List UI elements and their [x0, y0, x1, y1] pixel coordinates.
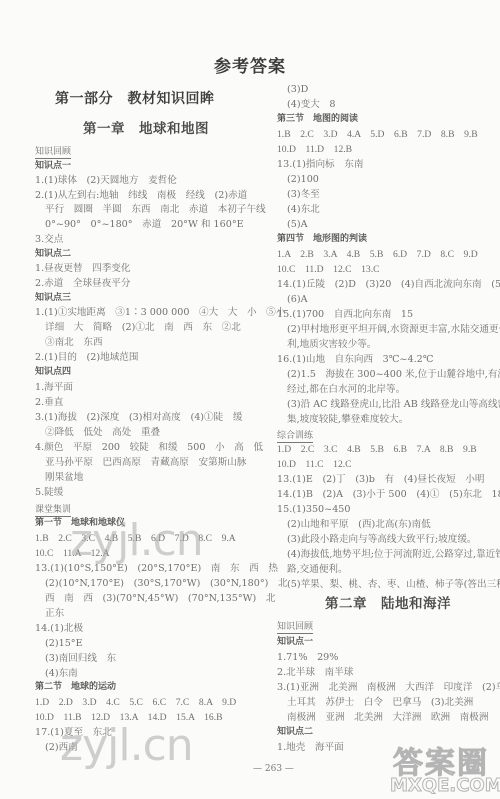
answer-line: 13.(1)E (2)丁 (3)b 有 (4)昼长夜短 小明 — [277, 473, 484, 486]
answer-line: 3.交点 — [35, 233, 63, 246]
answer-line: 刚果盆地 — [35, 471, 83, 484]
chapter-title: 第一章 地球和地图 — [83, 117, 209, 137]
answer-line: 10.D 11.B 12.D 13.A 14.D 15.A 16.B — [35, 711, 223, 724]
answer-line: (4)海拔低,地势平坦;位于河流附近,公路穿过,靠近铁 — [277, 548, 500, 561]
answer-line: 西 南 西 (3)(70°N,45°W) (70°N,135°W) 北 — [35, 592, 275, 605]
answer-line: 10.C 11.D 12.C 13.C — [277, 263, 380, 276]
answer-line: (2)甲村地形更平坦开阔,水资源更丰富,水陆交通更便 — [277, 323, 500, 336]
answer-line: 正东 — [35, 607, 64, 620]
answer-line: 亚马孙平原 巴西高原 青藏高原 安第斯山脉 — [35, 456, 246, 469]
answer-line: 17.(1)夏至 东北 — [35, 726, 112, 739]
answer-line: 14.(1)B (2)A (3)小于 500 (4)① (5)东北 18.8 — [277, 488, 500, 501]
answer-line: 1.B 2.C 3.C 4.B 5.B 6.D 7.D 8.C 9.A — [35, 532, 236, 545]
answer-line: 3.(1)亚洲 北美洲 南极洲 大西洋 印度洋 (2)乌拉尔 — [277, 681, 500, 694]
answer-line: (2)100 — [277, 173, 319, 186]
answer-line: 0°~90° 0°~180° 赤道 20°W 和 160°E — [35, 218, 244, 231]
answer-line: 南极洲 亚洲 北美洲 大洋洲 欧洲 南极洲 — [277, 711, 488, 724]
answer-line: 1.地壳 海平面 — [277, 741, 344, 754]
answer-line: (3)D — [277, 83, 308, 96]
answer-line: (2)(10°N,170°E) (30°S,170°W) (30°N,180°)… — [35, 577, 288, 590]
answer-line: (2)西南 — [35, 741, 78, 754]
subsection-heading: 知识点一 — [35, 160, 71, 173]
answer-line: 10.D 11.C 12.C — [277, 458, 352, 471]
answer-line: ③南北 东西 — [35, 336, 103, 349]
answer-line: 1.(1)球体 (2)天圆地方 麦哲伦 — [35, 174, 177, 187]
answer-line: (5)A — [277, 218, 308, 231]
answer-line: 14.(1)北极 — [35, 622, 83, 635]
training-label: 综合训练 — [277, 428, 313, 443]
answer-line: (3)此段小路走向与等高线大致平行;坡度缓。 — [277, 533, 477, 546]
review-label: 知识回顾 — [35, 144, 71, 159]
answer-line: 1.A 2.B 3.A 4.B 5.B 6.D 7.D 8.C 9.D — [277, 248, 478, 261]
answer-line: (3)南回归线 东 — [35, 652, 116, 665]
answer-line: 13.(1)(10°S,150°E) (20°S,170°E) 南 东 西 热 — [35, 562, 278, 575]
section-title: 第二节 地球的运动 — [35, 681, 116, 694]
answer-line: 路,交通便利。 — [277, 563, 348, 576]
answer-line: 1.昼夜更替 四季变化 — [35, 262, 131, 275]
answer-line: 1.D 2.C 3.C 4.B 5.B 6.B 7.A 8.B 9.B — [277, 443, 477, 456]
answer-line: (2)15°E — [35, 637, 83, 650]
answer-line: 1.海平面 — [35, 381, 73, 394]
subsection-heading: 知识点二 — [35, 248, 71, 261]
subsection-heading: 知识点三 — [35, 292, 71, 305]
practice-label: 课堂集训 — [35, 502, 71, 517]
subsection-heading: 第三节 地图的阅读 — [277, 113, 358, 126]
answer-line: 10.C 11.A 12.A — [35, 547, 110, 560]
answer-line: 利,地质灾害较少等。 — [277, 338, 376, 351]
answer-line: 1.(1)①实地距离 ③1∶3 000 000 ④大 大 小 ⑤小 — [35, 306, 285, 319]
subsection-heading: 知识点四 — [35, 366, 71, 379]
answer-line: 3.(1)海拔 (2)深度 (3)相对高度 (4)①陡 缓 — [35, 411, 242, 424]
watermark-logo-text: MXQE.COM — [390, 775, 500, 796]
page-number: — 263 — — [253, 764, 294, 774]
answer-line: 1.71% 29% — [277, 651, 338, 664]
answer-line: 15.(1)700 自西北向东南 15 — [277, 308, 413, 321]
subsection-heading: 知识点一 — [277, 636, 313, 649]
answer-line: 2.(1)从左到右:地轴 纬线 南极 经线 (2)赤道 — [35, 189, 247, 202]
part-title: 第一部分 教材知识回眸 — [55, 88, 215, 108]
answer-line: (4)东北 — [277, 203, 320, 216]
answer-line: 经过,都在白水河的北岸等。 — [277, 383, 405, 396]
answer-line: 1.D 2.D 3.D 4.C 5.C 6.C 7.C 8.A 9.D — [35, 696, 236, 709]
answer-line: (2)1.5 海拔在 300~400 米,位于山麓谷地中,有河流 — [277, 368, 500, 381]
answer-line: 2.赤道 全球昼夜平分 — [35, 277, 131, 290]
answer-line: 土耳其 苏伊士 白令 巴拿马 (3)北美洲 — [277, 696, 473, 709]
watermark-logo: 答案圈 — [393, 738, 489, 782]
answer-line: (6)A — [277, 293, 308, 306]
answer-line: 2.垂直 — [35, 396, 63, 409]
answer-key-page: 参考答案 第一部分 教材知识回眸 第一章 地球和地图 知识回顾 知识点一1.(1… — [0, 0, 500, 799]
answer-line: 13.(1)指向标 东南 — [277, 158, 363, 171]
section-title: 第一节 地球和地球仪 — [35, 517, 125, 530]
answer-line: 10.D 11.D 12.B — [277, 143, 352, 156]
answer-line: (2)山地和平原 (西)北高(东)南低 — [277, 518, 431, 531]
answer-line: 16.(1)山地 自东向西 3℃~4.2℃ — [277, 353, 433, 366]
answer-line: (4)变大 8 — [277, 98, 335, 111]
answer-line: 1.B 2.C 3.D 4.A 5.D 6.B 7.D 8.B 9.B — [277, 128, 478, 141]
answer-line: 5.陡缓 — [35, 486, 63, 499]
answer-line: (4)东南 — [35, 667, 78, 680]
answer-line: (3)冬至 — [277, 188, 320, 201]
subsection-heading: 知识点二 — [277, 726, 313, 739]
chapter-title: 第二章 陆地和海洋 — [325, 592, 451, 612]
answer-line: 2.北半球 南半球 — [277, 666, 353, 679]
answer-line: 详细 大 简略 (2)①北 南 西 东 ②北 — [35, 321, 241, 334]
answer-line: 2.(1)目的 (2)地域范围 — [35, 351, 139, 364]
page-title: 参考答案 — [0, 52, 500, 77]
answer-line: ②降低 低处 高处 重叠 — [35, 426, 160, 439]
answer-line: 15.(1)350~450 — [277, 503, 351, 516]
subsection-heading: 第四节 地形图的判读 — [277, 233, 367, 246]
review-label: 知识回顾 — [277, 619, 313, 634]
answer-line: (5)苹果、梨、桃、杏、枣、山楂、柿子等(答出三种即可) — [277, 578, 500, 591]
answer-line: (3)沿 AC 线路登虎山,比沿 AB 线路登龙山等高线密 — [277, 398, 500, 411]
answer-line: 14.(1)丘陵 (2)D (3)20 (4)自西北流向东南 (5)B — [277, 278, 500, 291]
answer-line: 集,坡度较陡,攀登难度较大。 — [277, 413, 408, 426]
answer-line: 平行 圆圈 半圆 东西 南北 赤道 本初子午线 — [35, 203, 266, 216]
answer-line: 4.颜色 平原 200 较陡 和缓 500 小 高 低 — [35, 441, 263, 454]
